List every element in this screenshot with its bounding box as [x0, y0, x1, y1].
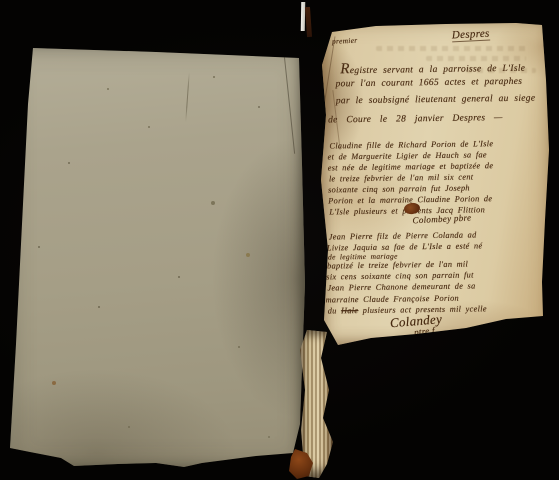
manuscript-page: premier Despres Registre servant a la pa…	[316, 20, 552, 350]
manuscript-line: le treize febvrier de l'an mil six cent	[329, 172, 474, 183]
manuscript-line: baptizé le treize febvrier de l'an mil	[327, 260, 468, 271]
manuscript-line: Livize Jaquia sa fae de L'Isle a esté né	[327, 241, 483, 252]
manuscript-line: marraine Claude Françoise Porion	[326, 294, 459, 305]
manuscript-line: et de Marguerite Ligier de Hauch sa fae	[328, 150, 487, 161]
binding-fragment-top	[305, 7, 312, 37]
manuscript-line: Jean Pierre filz de Pierre Colanda ad	[329, 230, 477, 241]
manuscript-line: de Coure le 28 janvier Despres —	[328, 113, 503, 125]
manuscript-line: est née de legitime mariage et baptizée …	[328, 161, 494, 172]
paper-speckles	[6, 44, 8, 46]
paraph-signature-top: Despres	[452, 28, 490, 43]
signature-flourish-sub: ptre f.	[414, 325, 438, 337]
handwriting-layer: premier Despres Registre servant a la pa…	[314, 18, 555, 351]
manuscript-scan-photo: premier Despres Registre servant a la pa…	[0, 0, 559, 480]
left-blank-cover-page	[6, 44, 308, 470]
manuscript-line: par le soubsigné lieutenant general au s…	[336, 94, 536, 107]
signature-flourish: Colombey pbre	[412, 212, 471, 225]
manuscript-line: six cens soixante cinq son parrain fut	[326, 270, 474, 281]
folio-word: premier	[332, 36, 358, 46]
manuscript-line: Registre servant a la parroisse de L'Isl…	[340, 59, 525, 79]
manuscript-line: Claudine fille de Richard Porion de L'Is…	[329, 139, 493, 150]
line-segment: du	[328, 306, 341, 315]
manuscript-line: Jean Pierre Chanone demeurant de sa	[327, 281, 475, 292]
paper-crack	[185, 72, 189, 122]
manuscript-line: soixante cinq son parrain fut Joseph	[328, 184, 470, 195]
struck-word: Hale	[341, 306, 358, 315]
manuscript-line: pour l'an courant 1665 actes et paraphes	[336, 77, 523, 90]
cover-crease	[284, 56, 295, 154]
